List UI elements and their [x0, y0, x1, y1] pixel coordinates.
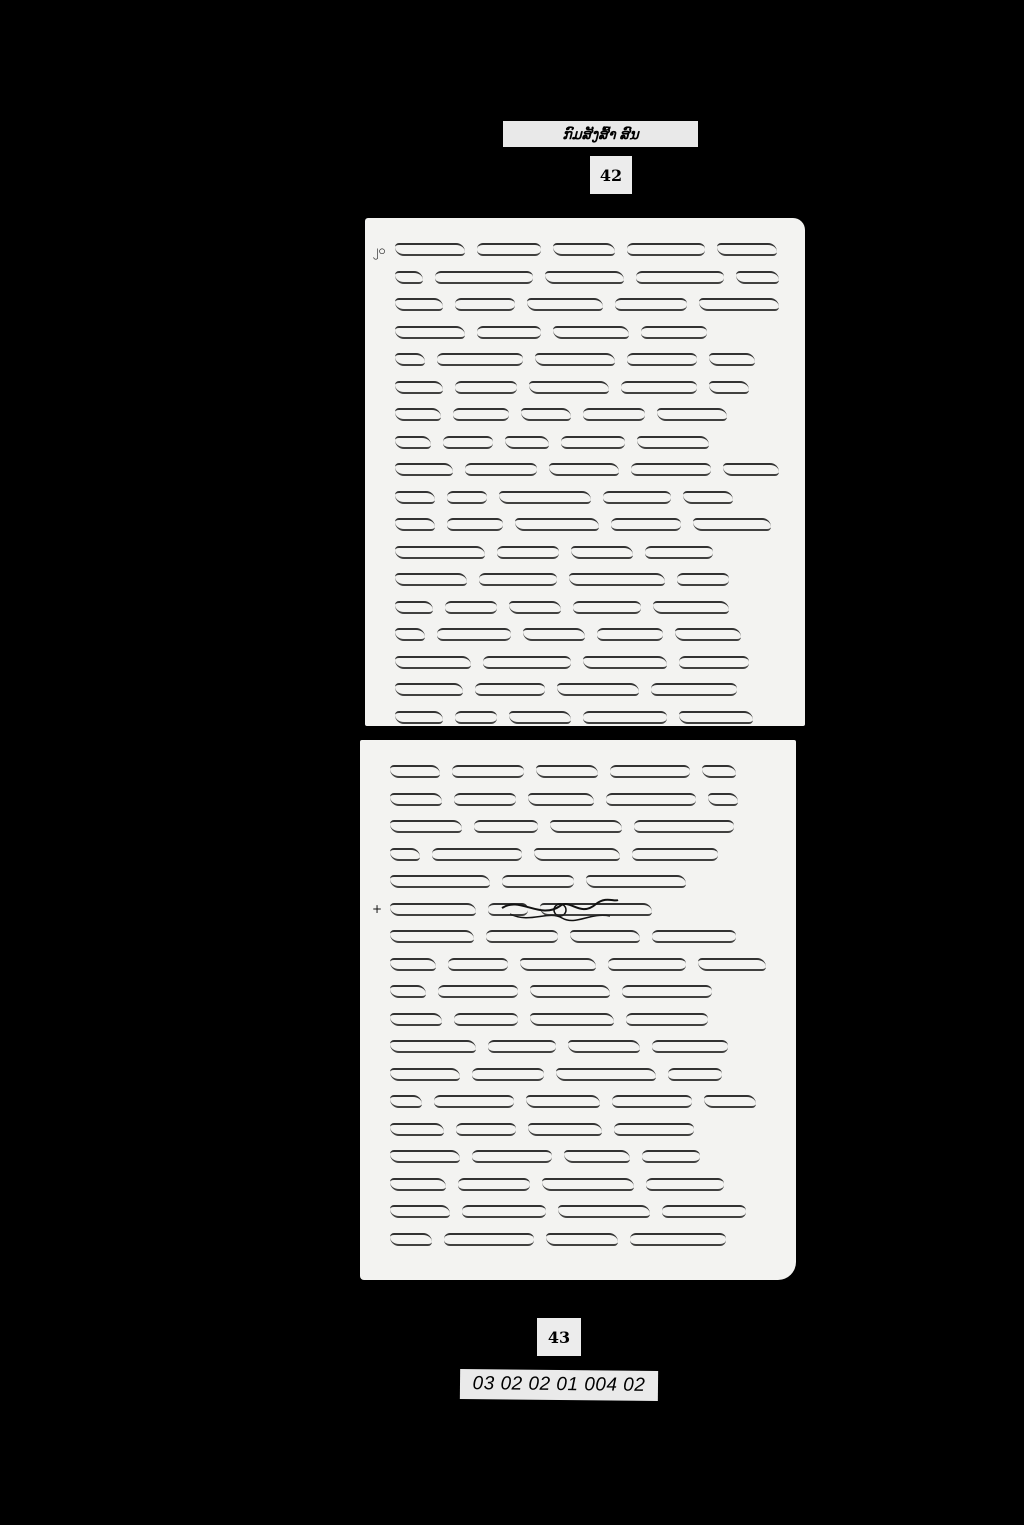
handwritten-word: [475, 683, 545, 696]
handwritten-line: [395, 236, 779, 264]
handwritten-word: [702, 765, 736, 778]
handwritten-word: [488, 903, 528, 916]
handwritten-word: [583, 656, 667, 669]
handwritten-word: [564, 1150, 630, 1163]
handwritten-word: [515, 518, 599, 531]
handwritten-word: [483, 656, 571, 669]
handwritten-word: [557, 683, 639, 696]
handwritten-word: [456, 1123, 516, 1136]
handwritten-word: [472, 1150, 552, 1163]
handwritten-line: [390, 1033, 770, 1061]
handwritten-line: [395, 429, 779, 457]
handwritten-word: [545, 271, 624, 284]
handwritten-word: [395, 518, 435, 531]
handwritten-word: [455, 381, 517, 394]
handwritten-word: [390, 1095, 422, 1108]
handwritten-word: [477, 243, 541, 256]
handwritten-line: [395, 401, 779, 429]
handwritten-word: [626, 1013, 708, 1026]
handwritten-word: [542, 1178, 634, 1191]
handwritten-word: [444, 1233, 534, 1246]
handwritten-word: [390, 1233, 432, 1246]
handwritten-word: [390, 1205, 450, 1218]
handwritten-line: [395, 291, 779, 319]
handwritten-word: [641, 326, 707, 339]
margin-number: ၂၀: [373, 242, 386, 260]
handwritten-word: [445, 601, 497, 614]
handwritten-word: [395, 628, 425, 641]
handwritten-word: [632, 848, 718, 861]
handwritten-word: [693, 518, 771, 531]
handwritten-word: [395, 271, 423, 284]
handwritten-word: [390, 875, 490, 888]
handwritten-word: [679, 656, 749, 669]
handwritten-word: [509, 711, 571, 724]
handwritten-word: [642, 1150, 700, 1163]
handwritten-word: [395, 326, 465, 339]
handwritten-line: [390, 1143, 770, 1171]
handwritten-word: [502, 875, 574, 888]
handwritten-word: [395, 546, 485, 559]
handwritten-line: [390, 813, 770, 841]
handwritten-word: [526, 1095, 600, 1108]
handwritten-word: [447, 518, 503, 531]
handwritten-word: [723, 463, 779, 476]
handwritten-word: [390, 793, 442, 806]
handwritten-word: [520, 958, 596, 971]
handwritten-word: [390, 958, 436, 971]
handwritten-word: [653, 601, 729, 614]
handwritten-word: [645, 546, 713, 559]
handwritten-word: [390, 765, 440, 778]
handwritten-word: [458, 1178, 530, 1191]
manuscript-page-upper: ၂၀: [365, 218, 805, 726]
handwritten-word: [606, 793, 696, 806]
handwritten-word: [521, 408, 571, 421]
handwritten-line: [395, 264, 779, 292]
handwritten-word: [509, 601, 561, 614]
handwritten-word: [708, 793, 738, 806]
handwritten-word: [568, 1040, 640, 1053]
handwritten-word: [662, 1205, 746, 1218]
handwritten-line: [395, 484, 779, 512]
handwritten-word: [453, 408, 509, 421]
handwritten-line: [390, 951, 770, 979]
handwritten-line: [395, 621, 779, 649]
handwritten-word: [704, 1095, 756, 1108]
handwritten-word: [573, 601, 641, 614]
page-number-bottom: 43: [537, 1318, 581, 1356]
handwritten-word: [569, 573, 665, 586]
handwritten-word: [646, 1178, 724, 1191]
handwritten-word: [530, 985, 610, 998]
handwritten-word: [651, 683, 737, 696]
handwritten-word: [698, 958, 766, 971]
handwritten-line: [390, 1171, 770, 1199]
handwritten-line: [390, 868, 770, 896]
handwritten-word: [479, 573, 557, 586]
handwritten-word: [530, 1013, 614, 1026]
manuscript-page-lower: +: [360, 740, 796, 1280]
handwritten-line: [390, 758, 770, 786]
handwritten-word: [486, 930, 558, 943]
handwritten-word: [395, 353, 425, 366]
handwritten-word: [570, 930, 640, 943]
handwritten-word: [630, 1233, 726, 1246]
handwritten-word: [699, 298, 779, 311]
handwritten-word: [615, 298, 687, 311]
handwritten-word: [465, 463, 537, 476]
handwritten-word: [435, 271, 533, 284]
handwritten-word: [546, 1233, 618, 1246]
handwritten-line: [395, 511, 779, 539]
handwritten-line: [395, 704, 779, 732]
handwritten-word: [390, 930, 474, 943]
handwritten-line: [390, 1061, 770, 1089]
handwritten-word: [474, 820, 538, 833]
handwritten-word: [583, 711, 667, 724]
handwritten-word: [434, 1095, 514, 1108]
handwritten-word: [390, 1150, 460, 1163]
handwritten-line: [395, 649, 779, 677]
handwritten-word: [390, 1068, 460, 1081]
handwritten-word: [535, 353, 615, 366]
handwritten-word: [586, 875, 686, 888]
handwritten-word: [627, 243, 705, 256]
handwritten-word: [709, 381, 749, 394]
handwritten-line: [395, 539, 779, 567]
handwritten-line: [390, 1226, 770, 1254]
handwritten-line: [390, 978, 770, 1006]
handwritten-line: [390, 841, 770, 869]
handwritten-line: [390, 1006, 770, 1034]
handwritten-word: [395, 436, 431, 449]
handwritten-word: [390, 985, 426, 998]
collection-title-label: ກົມສັງສົ້າ ສົນ: [503, 121, 698, 147]
handwritten-word: [614, 1123, 694, 1136]
handwritten-word: [736, 271, 779, 284]
handwritten-word: [437, 353, 523, 366]
handwritten-word: [621, 381, 697, 394]
handwritten-word: [454, 1013, 518, 1026]
handwritten-line: [395, 319, 779, 347]
handwritten-line: [395, 374, 779, 402]
handwritten-word: [608, 958, 686, 971]
handwritten-word: [395, 683, 463, 696]
handwritten-word: [529, 381, 609, 394]
handwritten-line: [390, 923, 770, 951]
handwritten-word: [395, 491, 435, 504]
handwritten-word: [528, 1123, 602, 1136]
handwritten-word: [652, 1040, 728, 1053]
handwritten-word: [571, 546, 633, 559]
handwritten-word: [454, 793, 516, 806]
handwritten-word: [395, 656, 471, 669]
handwritten-word: [395, 573, 467, 586]
handwritten-word: [603, 491, 671, 504]
handwritten-word: [677, 573, 729, 586]
handwritten-word: [558, 1205, 650, 1218]
handwritten-word: [390, 820, 462, 833]
handwritten-word: [634, 820, 734, 833]
handwritten-word: [390, 1013, 442, 1026]
handwritten-word: [528, 793, 594, 806]
handwritten-word: [395, 408, 441, 421]
handwritten-word: [536, 765, 598, 778]
handwritten-word: [438, 985, 518, 998]
handwritten-word: [448, 958, 508, 971]
handwritten-word: [549, 463, 619, 476]
handwritten-line: [395, 346, 779, 374]
handwritten-word: [523, 628, 585, 641]
handwritten-word: [675, 628, 741, 641]
handwritten-word: [637, 436, 709, 449]
handwritten-word: [527, 298, 603, 311]
handwritten-word: [583, 408, 645, 421]
handwritten-word: [657, 408, 727, 421]
handwritten-word: [717, 243, 777, 256]
handwritten-word: [499, 491, 591, 504]
handwritten-line: [395, 594, 779, 622]
handwritten-word: [395, 381, 443, 394]
handwritten-word: [627, 353, 697, 366]
handwritten-word: [395, 243, 465, 256]
handwritten-line: [395, 566, 779, 594]
handwritten-word: [390, 848, 420, 861]
handwritten-word: [553, 243, 615, 256]
handwritten-word: [631, 463, 711, 476]
handwritten-word: [472, 1068, 544, 1081]
handwritten-word: [550, 820, 622, 833]
handwritten-word: [652, 930, 736, 943]
page-number-top: 42: [590, 156, 632, 194]
handwritten-word: [534, 848, 620, 861]
handwritten-word: [447, 491, 487, 504]
handwritten-word: [390, 1178, 446, 1191]
handwritten-word: [709, 353, 755, 366]
handwritten-word: [395, 711, 443, 724]
handwritten-word: [556, 1068, 656, 1081]
handwritten-word: [395, 601, 433, 614]
handwritten-word: [437, 628, 511, 641]
handwritten-word: [477, 326, 541, 339]
handwritten-word: [668, 1068, 722, 1081]
handwritten-word: [561, 436, 625, 449]
handwritten-word: [611, 518, 681, 531]
handwritten-line: [390, 786, 770, 814]
handwritten-word: [612, 1095, 692, 1108]
handwritten-word: [390, 903, 476, 916]
handwritten-line: [395, 676, 779, 704]
handwritten-line: [390, 1198, 770, 1226]
handwritten-word: [679, 711, 753, 724]
handwritten-word: [395, 298, 443, 311]
handwritten-word: [390, 1040, 476, 1053]
archive-code-label: 03 02 02 01 004 02: [460, 1369, 658, 1401]
handwritten-word: [683, 491, 733, 504]
handwritten-word: [610, 765, 690, 778]
handwritten-word: [540, 903, 652, 916]
handwritten-line: [390, 1116, 770, 1144]
handwritten-line: [395, 456, 779, 484]
handwritten-word: [395, 463, 453, 476]
handwritten-word: [597, 628, 663, 641]
handwritten-word: [455, 711, 497, 724]
handwritten-word: [462, 1205, 546, 1218]
margin-plus-mark: +: [372, 902, 382, 916]
handwritten-word: [390, 1123, 444, 1136]
handwritten-word: [622, 985, 712, 998]
handwritten-word: [488, 1040, 556, 1053]
handwritten-word: [497, 546, 559, 559]
handwritten-word: [443, 436, 493, 449]
handwritten-word: [636, 271, 724, 284]
handwritten-word: [455, 298, 515, 311]
handwritten-line: [390, 896, 770, 924]
handwritten-word: [505, 436, 549, 449]
handwritten-word: [553, 326, 629, 339]
handwritten-word: [432, 848, 522, 861]
handwritten-line: [390, 1088, 770, 1116]
handwritten-word: [452, 765, 524, 778]
